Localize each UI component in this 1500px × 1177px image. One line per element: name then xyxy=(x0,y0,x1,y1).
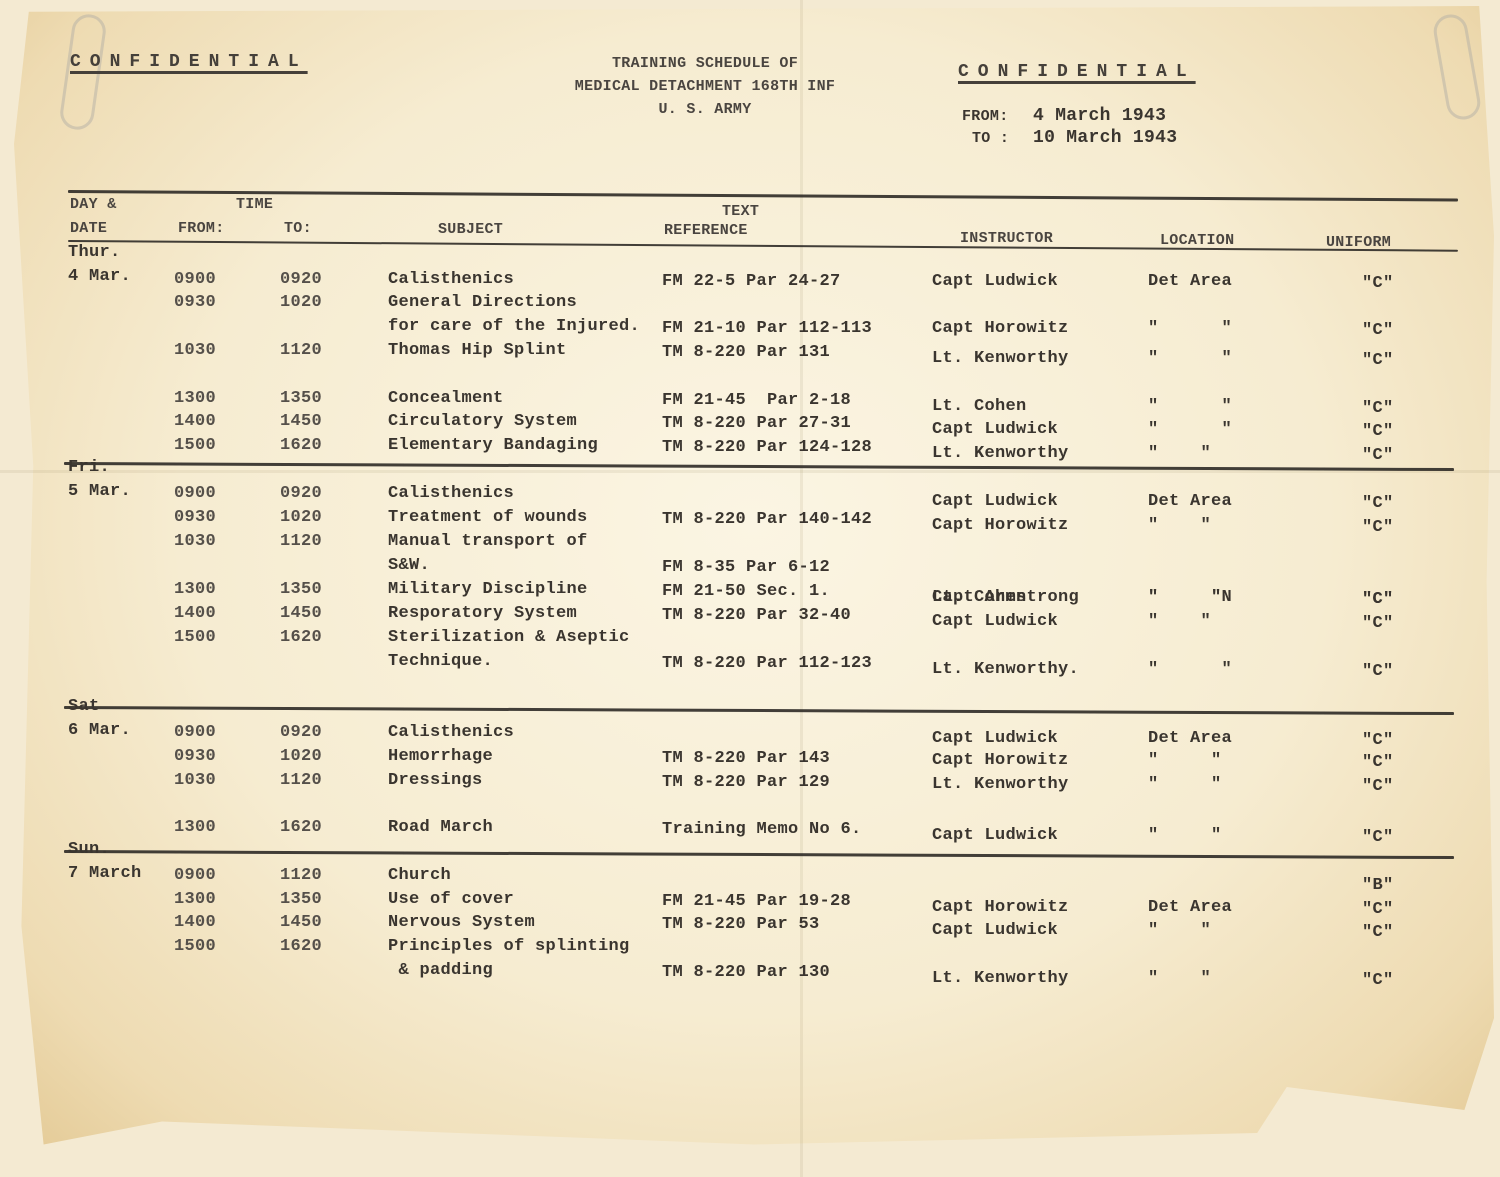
uniform-code: "C" xyxy=(1362,274,1394,293)
time-to: 1020 xyxy=(280,508,322,527)
uniform-code: "C" xyxy=(1362,351,1394,370)
subject-text: Elementary Bandaging xyxy=(388,436,598,455)
day-label: Sun. xyxy=(68,840,110,859)
instructor-name: Lt. Kenworthy. xyxy=(932,660,1079,679)
instructor-name: Capt Ludwick xyxy=(932,826,1058,845)
document-title-line-3: U. S. ARMY xyxy=(520,101,890,118)
time-to: 1120 xyxy=(280,341,322,360)
subject-text: Calisthenics xyxy=(388,484,514,503)
fold-crease xyxy=(0,470,1500,473)
uniform-code: "C" xyxy=(1362,590,1394,609)
subject-text: Sterilization & Aseptic xyxy=(388,628,630,647)
col-header-day-date-2: DATE xyxy=(70,220,107,237)
location-text: Det Area xyxy=(1148,272,1232,291)
time-to: 1620 xyxy=(280,937,322,956)
instructor-name: Lt. Kenworthy xyxy=(932,969,1069,988)
location-text: Det Area xyxy=(1148,898,1232,917)
col-header-text-reference-1: TEXT xyxy=(722,203,759,220)
uniform-code: "C" xyxy=(1362,518,1394,537)
location-text: " " xyxy=(1148,775,1222,794)
instructor-name: Lt. Kenworthy xyxy=(932,349,1069,368)
col-header-location: LOCATION xyxy=(1160,232,1234,249)
time-to: 0920 xyxy=(280,484,322,503)
time-to: 1350 xyxy=(280,890,322,909)
uniform-code: "C" xyxy=(1362,614,1394,633)
subject-text: Principles of splinting xyxy=(388,937,630,956)
text-reference: TM 8-220 Par 140-142 xyxy=(662,510,872,529)
time-to: 1450 xyxy=(280,412,322,431)
text-reference: FM 21-10 Par 112-113 xyxy=(662,319,872,338)
text-reference: FM 8-35 Par 6-12 xyxy=(662,558,830,577)
col-header-from: FROM: xyxy=(178,220,225,237)
instructor-name: Capt Horowitz xyxy=(932,516,1069,535)
uniform-code: "C" xyxy=(1362,446,1394,465)
day-label: Sat xyxy=(68,697,100,716)
time-from: 0900 xyxy=(174,866,216,885)
instructor-name: Capt Horowitz xyxy=(932,319,1069,338)
time-from: 0930 xyxy=(174,747,216,766)
confidential-mark-right: CONFIDENTIAL xyxy=(958,62,1196,82)
location-text: " " xyxy=(1148,444,1211,463)
text-reference: TM 8-220 Par 130 xyxy=(662,963,830,982)
time-to: 0920 xyxy=(280,270,322,289)
time-to: 1120 xyxy=(280,771,322,790)
instructor-name: Capt Ludwick xyxy=(932,612,1058,631)
time-from: 0900 xyxy=(174,270,216,289)
subject-text: Calisthenics xyxy=(388,723,514,742)
confidential-mark-left: CONFIDENTIAL xyxy=(70,52,308,72)
text-reference: Training Memo No 6. xyxy=(662,820,862,839)
subject-text: Use of cover xyxy=(388,890,514,909)
time-from: 1500 xyxy=(174,436,216,455)
text-reference: TM 8-220 Par 131 xyxy=(662,343,830,362)
time-to: 1620 xyxy=(280,818,322,837)
instructor-name: Capt Ludwick xyxy=(932,921,1058,940)
subject-text: & padding xyxy=(388,961,493,980)
text-reference: FM 21-50 Sec. 1. xyxy=(662,582,830,601)
day-label: Thur. xyxy=(68,243,121,262)
uniform-code: "C" xyxy=(1362,731,1394,750)
document-title-line-1: TRAINING SCHEDULE OF xyxy=(520,55,890,72)
time-from: 1030 xyxy=(174,532,216,551)
text-reference: TM 8-220 Par 32-40 xyxy=(662,606,851,625)
subject-text: Hemorrhage xyxy=(388,747,493,766)
day-label: Fri. xyxy=(68,458,110,477)
location-text: " " xyxy=(1148,319,1232,338)
to-label: TO : xyxy=(972,130,1009,147)
instructor-name: Capt Ludwick xyxy=(932,420,1058,439)
location-text: Det Area xyxy=(1148,492,1232,511)
subject-text: Road March xyxy=(388,818,493,837)
subject-text: General Directions xyxy=(388,293,577,312)
document-title-line-2: MEDICAL DETACHMENT 168TH INF xyxy=(520,78,890,95)
uniform-code: "C" xyxy=(1362,900,1394,919)
time-to: 1120 xyxy=(280,866,322,885)
time-from: 0900 xyxy=(174,723,216,742)
time-from: 1300 xyxy=(174,890,216,909)
location-text: " " xyxy=(1148,420,1232,439)
subject-text: Manual transport of xyxy=(388,532,588,551)
time-from: 1500 xyxy=(174,628,216,647)
text-reference: TM 8-220 Par 27-31 xyxy=(662,414,851,433)
location-text: " " xyxy=(1148,397,1232,416)
time-from: 1300 xyxy=(174,389,216,408)
location-text: " " xyxy=(1148,660,1232,679)
date-label: 4 Mar. xyxy=(68,267,131,286)
col-header-text-reference-2: REFERENCE xyxy=(664,222,748,239)
time-from: 1400 xyxy=(174,604,216,623)
time-to: 1620 xyxy=(280,436,322,455)
instructor-name: Capt Ludwick xyxy=(932,272,1058,291)
time-to: 1120 xyxy=(280,532,322,551)
subject-text: S&W. xyxy=(388,556,430,575)
time-to: 1020 xyxy=(280,293,322,312)
time-from: 0930 xyxy=(174,293,216,312)
uniform-code: "C" xyxy=(1362,971,1394,990)
date-label: 6 Mar. xyxy=(68,721,131,740)
text-reference: FM 21-45 Par 19-28 xyxy=(662,892,851,911)
location-text: " " xyxy=(1148,751,1222,770)
location-text: " " xyxy=(1148,921,1211,940)
instructor-name: Capt Ludwick xyxy=(932,492,1058,511)
text-reference: TM 8-220 Par 124-128 xyxy=(662,438,872,457)
col-header-to: TO: xyxy=(284,220,312,237)
subject-text: Dressings xyxy=(388,771,483,790)
uniform-code: "C" xyxy=(1362,828,1394,847)
time-from: 1030 xyxy=(174,341,216,360)
subject-text: Concealment xyxy=(388,389,504,408)
time-to: 1450 xyxy=(280,604,322,623)
location-text: " " xyxy=(1148,826,1222,845)
time-to: 1620 xyxy=(280,628,322,647)
uniform-code: "B" xyxy=(1362,876,1394,895)
instructor-name: Lt. Cohen xyxy=(932,397,1027,416)
date-label: 5 Mar. xyxy=(68,482,131,501)
subject-text: Calisthenics xyxy=(388,270,514,289)
text-reference: FM 21-45 Par 2-18 xyxy=(662,391,851,410)
subject-text: Nervous System xyxy=(388,913,535,932)
subject-text: Circulatory System xyxy=(388,412,577,431)
col-header-subject: SUBJECT xyxy=(438,221,503,238)
location-text: Det Area xyxy=(1148,729,1232,748)
location-text: " " xyxy=(1148,349,1232,368)
subject-text: for care of the Injured. xyxy=(388,317,640,336)
location-text: " " xyxy=(1148,588,1222,607)
text-reference: TM 8-220 Par 112-123 xyxy=(662,654,872,673)
uniform-code: "C" xyxy=(1362,753,1394,772)
from-label: FROM: xyxy=(962,108,1009,125)
time-from: 1400 xyxy=(174,913,216,932)
location-text: " " xyxy=(1148,612,1211,631)
time-from: 1400 xyxy=(174,412,216,431)
location-text: " " xyxy=(1148,516,1211,535)
text-reference: TM 8-220 Par 129 xyxy=(662,773,830,792)
instructor-name: Lt. Kenworthy xyxy=(932,775,1069,794)
text-reference: TM 8-220 Par 143 xyxy=(662,749,830,768)
col-header-day-date-1: DAY & xyxy=(70,196,117,213)
time-from: 1300 xyxy=(174,818,216,837)
subject-text: Resporatory System xyxy=(388,604,577,623)
time-from: 1500 xyxy=(174,937,216,956)
text-reference: TM 8-220 Par 53 xyxy=(662,915,820,934)
from-date: 4 March 1943 xyxy=(1033,106,1166,126)
instructor-name: Lt. Kenworthy xyxy=(932,444,1069,463)
paper-sheet xyxy=(14,6,1494,1156)
subject-text: Military Discipline xyxy=(388,580,588,599)
instructor-name: Capt Ludwick xyxy=(932,729,1058,748)
time-to: 0920 xyxy=(280,723,322,742)
uniform-code: "C" xyxy=(1362,494,1394,513)
location-text: " " xyxy=(1148,969,1211,988)
time-from: 0930 xyxy=(174,508,216,527)
to-date: 10 March 1943 xyxy=(1033,128,1177,148)
time-to: 1350 xyxy=(280,389,322,408)
instructor-name: Capt Horowitz xyxy=(932,751,1069,770)
uniform-code: "C" xyxy=(1362,399,1394,418)
subject-text: Technique. xyxy=(388,652,493,671)
time-to: 1450 xyxy=(280,913,322,932)
subject-text: Church xyxy=(388,866,451,885)
time-from: 1300 xyxy=(174,580,216,599)
col-header-instructor: INSTRUCTOR xyxy=(960,230,1053,247)
instructor-name: Capt Armstrong xyxy=(932,588,1079,607)
uniform-code: "C" xyxy=(1362,923,1394,942)
date-label: 7 March xyxy=(68,864,142,883)
text-reference: FM 22-5 Par 24-27 xyxy=(662,272,841,291)
uniform-code: "C" xyxy=(1362,321,1394,340)
uniform-code: "C" xyxy=(1362,777,1394,796)
instructor-name: Capt Horowitz xyxy=(932,898,1069,917)
time-to: 1350 xyxy=(280,580,322,599)
col-header-time: TIME xyxy=(236,196,273,213)
subject-text: Thomas Hip Splint xyxy=(388,341,567,360)
uniform-code: "C" xyxy=(1362,662,1394,681)
subject-text: Treatment of wounds xyxy=(388,508,588,527)
time-from: 1030 xyxy=(174,771,216,790)
uniform-code: "C" xyxy=(1362,422,1394,441)
time-from: 0900 xyxy=(174,484,216,503)
time-to: 1020 xyxy=(280,747,322,766)
